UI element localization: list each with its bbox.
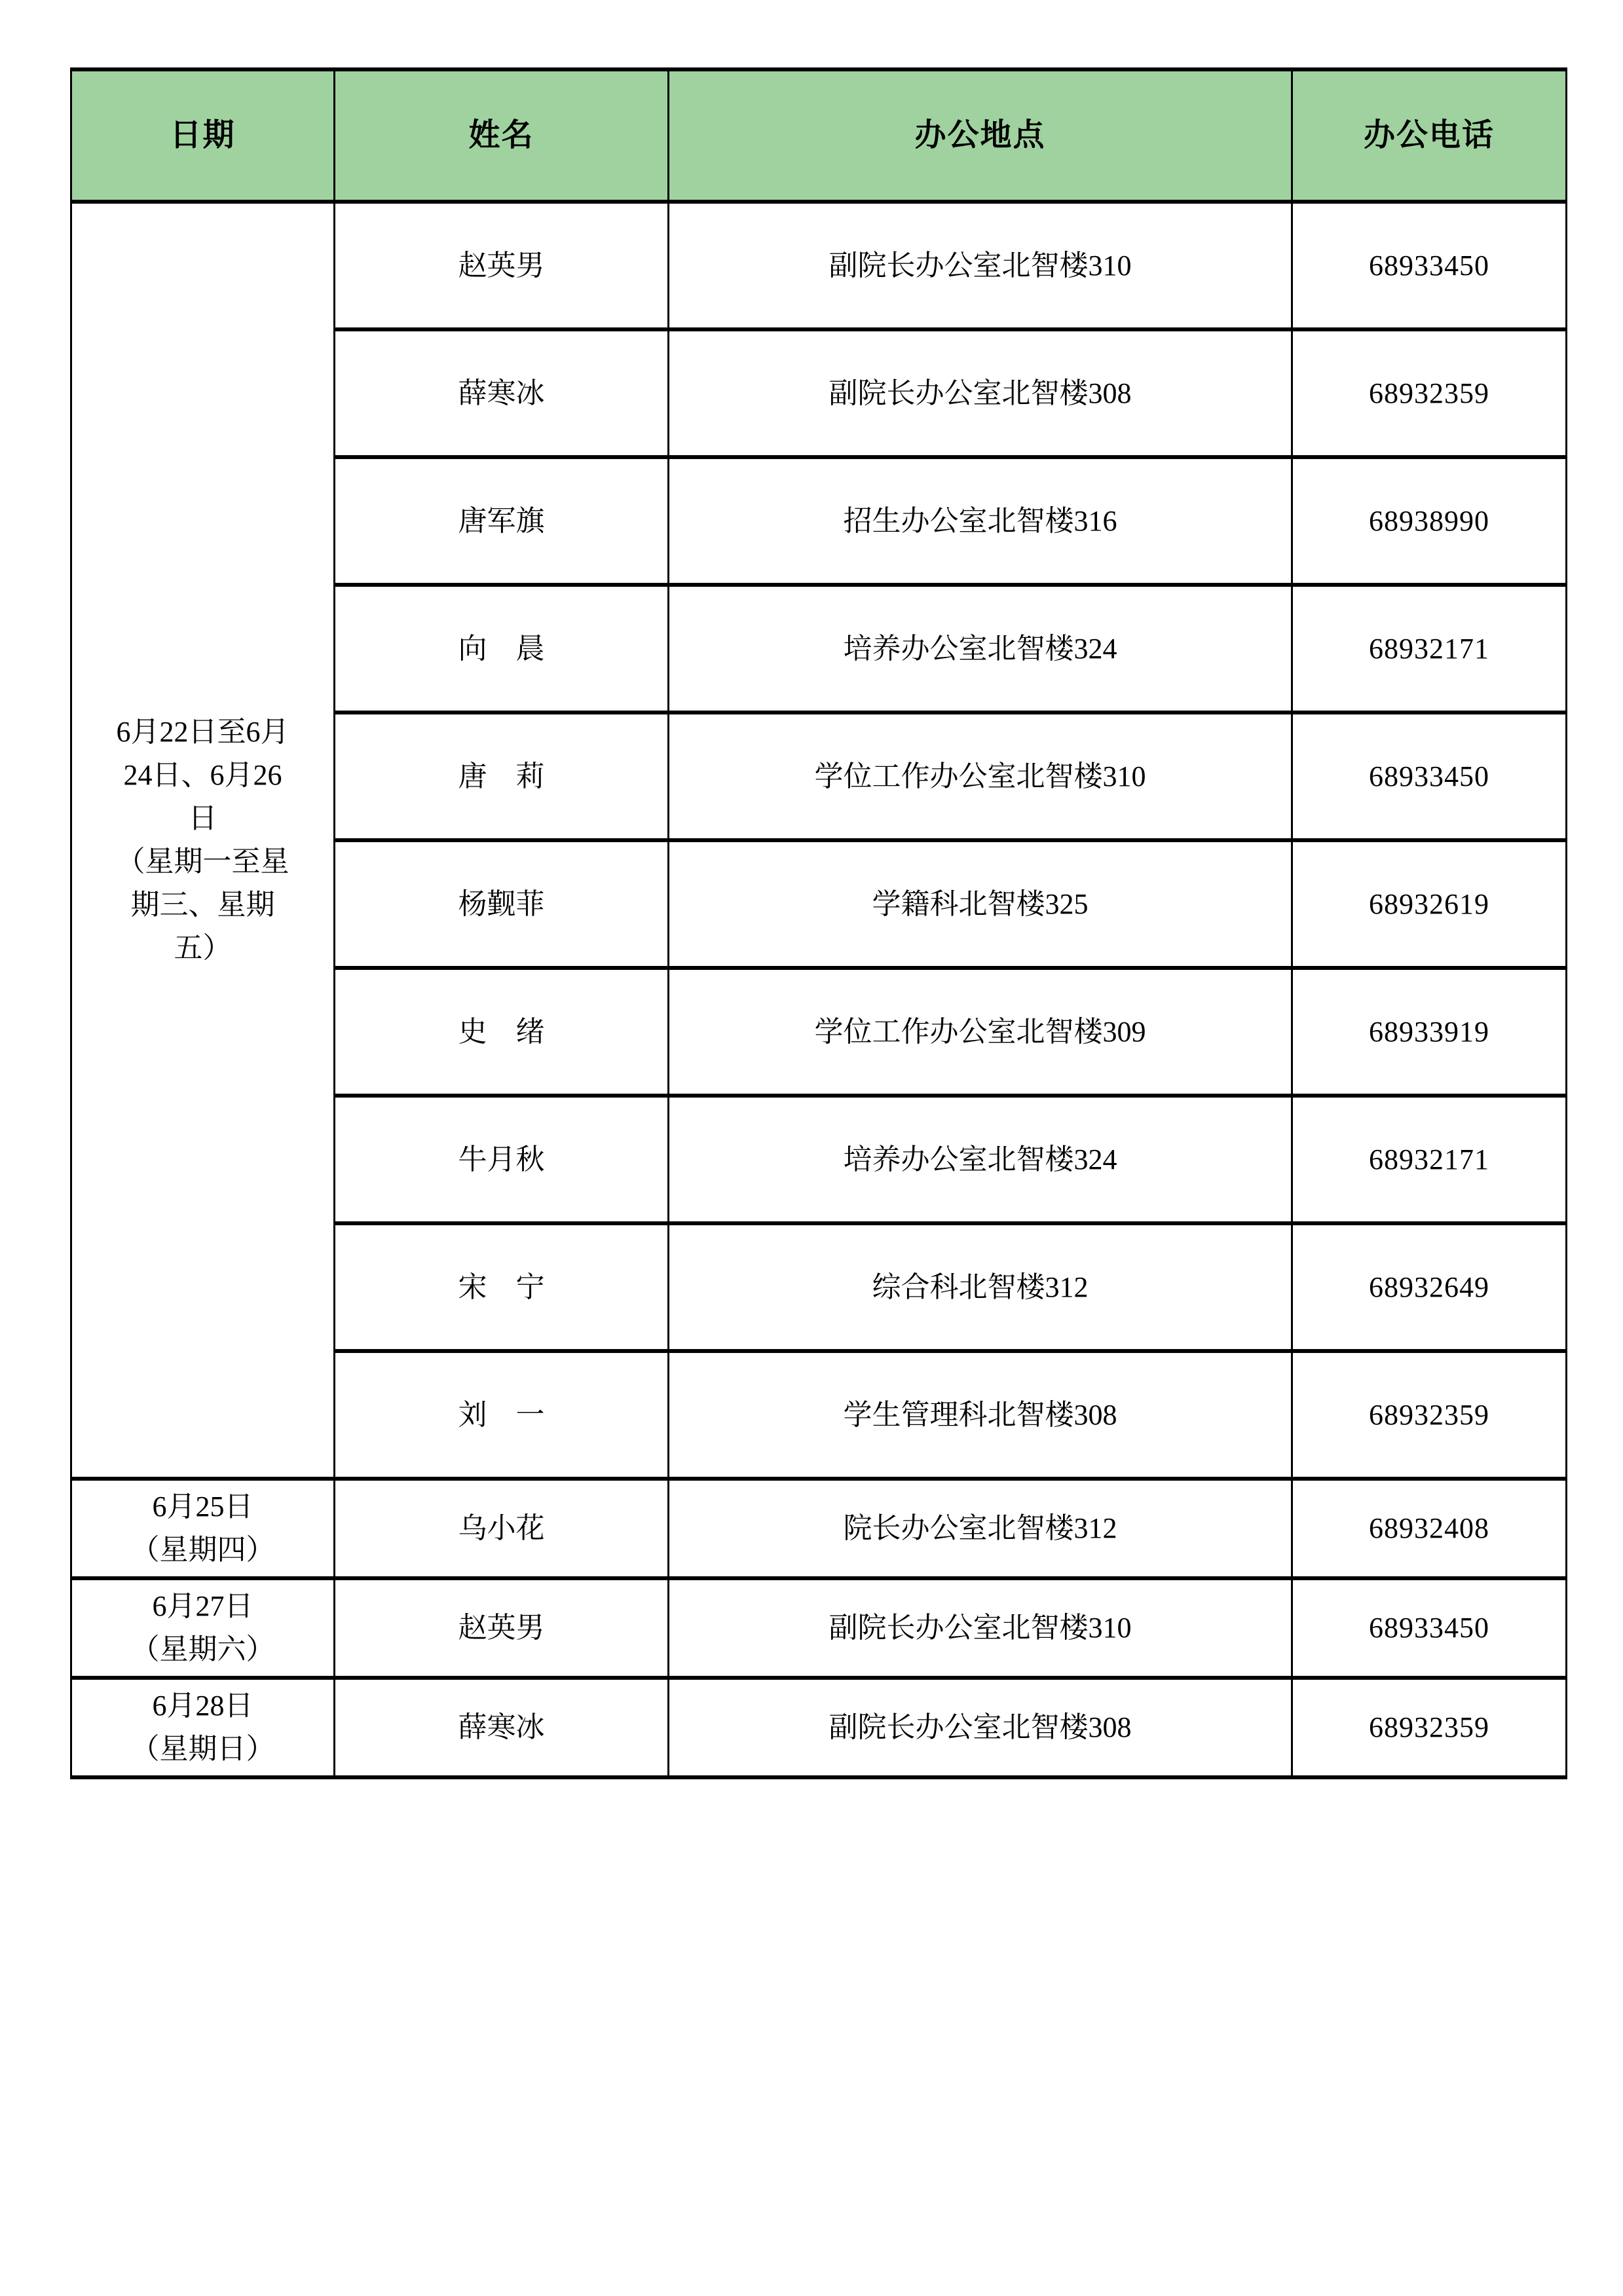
header-row: 日期 姓名 办公地点 办公电话 (71, 69, 1567, 202)
name-cell: 薛寒冰 (335, 1678, 669, 1777)
date-cell: 6月28日 （星期日） (71, 1678, 335, 1777)
phone-cell: 68932619 (1292, 840, 1567, 968)
location-cell: 学籍科北智楼325 (669, 840, 1292, 968)
header-cell-date: 日期 (71, 69, 335, 202)
name-cell: 唐 莉 (335, 713, 669, 840)
header-cell-name: 姓名 (335, 69, 669, 202)
location-cell: 学位工作办公室北智楼309 (669, 968, 1292, 1096)
header-cell-location: 办公地点 (669, 69, 1292, 202)
phone-cell: 68938990 (1292, 457, 1567, 585)
table-row: 6月22日至6月 24日、6月26 日 （星期一至星 期三、星期 五） 赵英男 … (71, 202, 1567, 329)
phone-cell: 68932649 (1292, 1223, 1567, 1351)
name-cell: 赵英男 (335, 202, 669, 329)
date-cell: 6月25日 （星期四） (71, 1479, 335, 1578)
table-row: 6月27日 （星期六） 赵英男 副院长办公室北智楼310 68933450 (71, 1578, 1567, 1678)
table-row: 6月25日 （星期四） 乌小花 院长办公室北智楼312 68932408 (71, 1479, 1567, 1578)
phone-cell: 68933450 (1292, 202, 1567, 329)
name-cell: 宋 宁 (335, 1223, 669, 1351)
location-cell: 培养办公室北智楼324 (669, 585, 1292, 713)
location-cell: 培养办公室北智楼324 (669, 1096, 1292, 1223)
phone-cell: 68932171 (1292, 1096, 1567, 1223)
location-cell: 院长办公室北智楼312 (669, 1479, 1292, 1578)
phone-cell: 68932408 (1292, 1479, 1567, 1578)
location-cell: 副院长办公室北智楼308 (669, 1678, 1292, 1777)
phone-cell: 68933450 (1292, 713, 1567, 840)
location-cell: 招生办公室北智楼316 (669, 457, 1292, 585)
location-cell: 副院长办公室北智楼308 (669, 329, 1292, 457)
phone-cell: 68933919 (1292, 968, 1567, 1096)
name-cell: 史 绪 (335, 968, 669, 1096)
phone-cell: 68932359 (1292, 329, 1567, 457)
location-cell: 综合科北智楼312 (669, 1223, 1292, 1351)
name-cell: 杨觐菲 (335, 840, 669, 968)
name-cell: 乌小花 (335, 1479, 669, 1578)
name-cell: 唐军旗 (335, 457, 669, 585)
header-cell-phone: 办公电话 (1292, 69, 1567, 202)
phone-cell: 68933450 (1292, 1578, 1567, 1678)
name-cell: 刘 一 (335, 1351, 669, 1479)
location-cell: 学生管理科北智楼308 (669, 1351, 1292, 1479)
duty-schedule-table: 日期 姓名 办公地点 办公电话 6月22日至6月 24日、6月26 日 （星期一… (70, 67, 1567, 1779)
merged-date-cell: 6月22日至6月 24日、6月26 日 （星期一至星 期三、星期 五） (71, 202, 335, 1479)
location-cell: 副院长办公室北智楼310 (669, 1578, 1292, 1678)
name-cell: 薛寒冰 (335, 329, 669, 457)
document-page: 日期 姓名 办公地点 办公电话 6月22日至6月 24日、6月26 日 （星期一… (0, 0, 1623, 2296)
name-cell: 牛月秋 (335, 1096, 669, 1223)
phone-cell: 68932171 (1292, 585, 1567, 713)
date-cell: 6月27日 （星期六） (71, 1578, 335, 1678)
location-cell: 副院长办公室北智楼310 (669, 202, 1292, 329)
name-cell: 向 晨 (335, 585, 669, 713)
location-cell: 学位工作办公室北智楼310 (669, 713, 1292, 840)
name-cell: 赵英男 (335, 1578, 669, 1678)
table-row: 6月28日 （星期日） 薛寒冰 副院长办公室北智楼308 68932359 (71, 1678, 1567, 1777)
phone-cell: 68932359 (1292, 1351, 1567, 1479)
phone-cell: 68932359 (1292, 1678, 1567, 1777)
